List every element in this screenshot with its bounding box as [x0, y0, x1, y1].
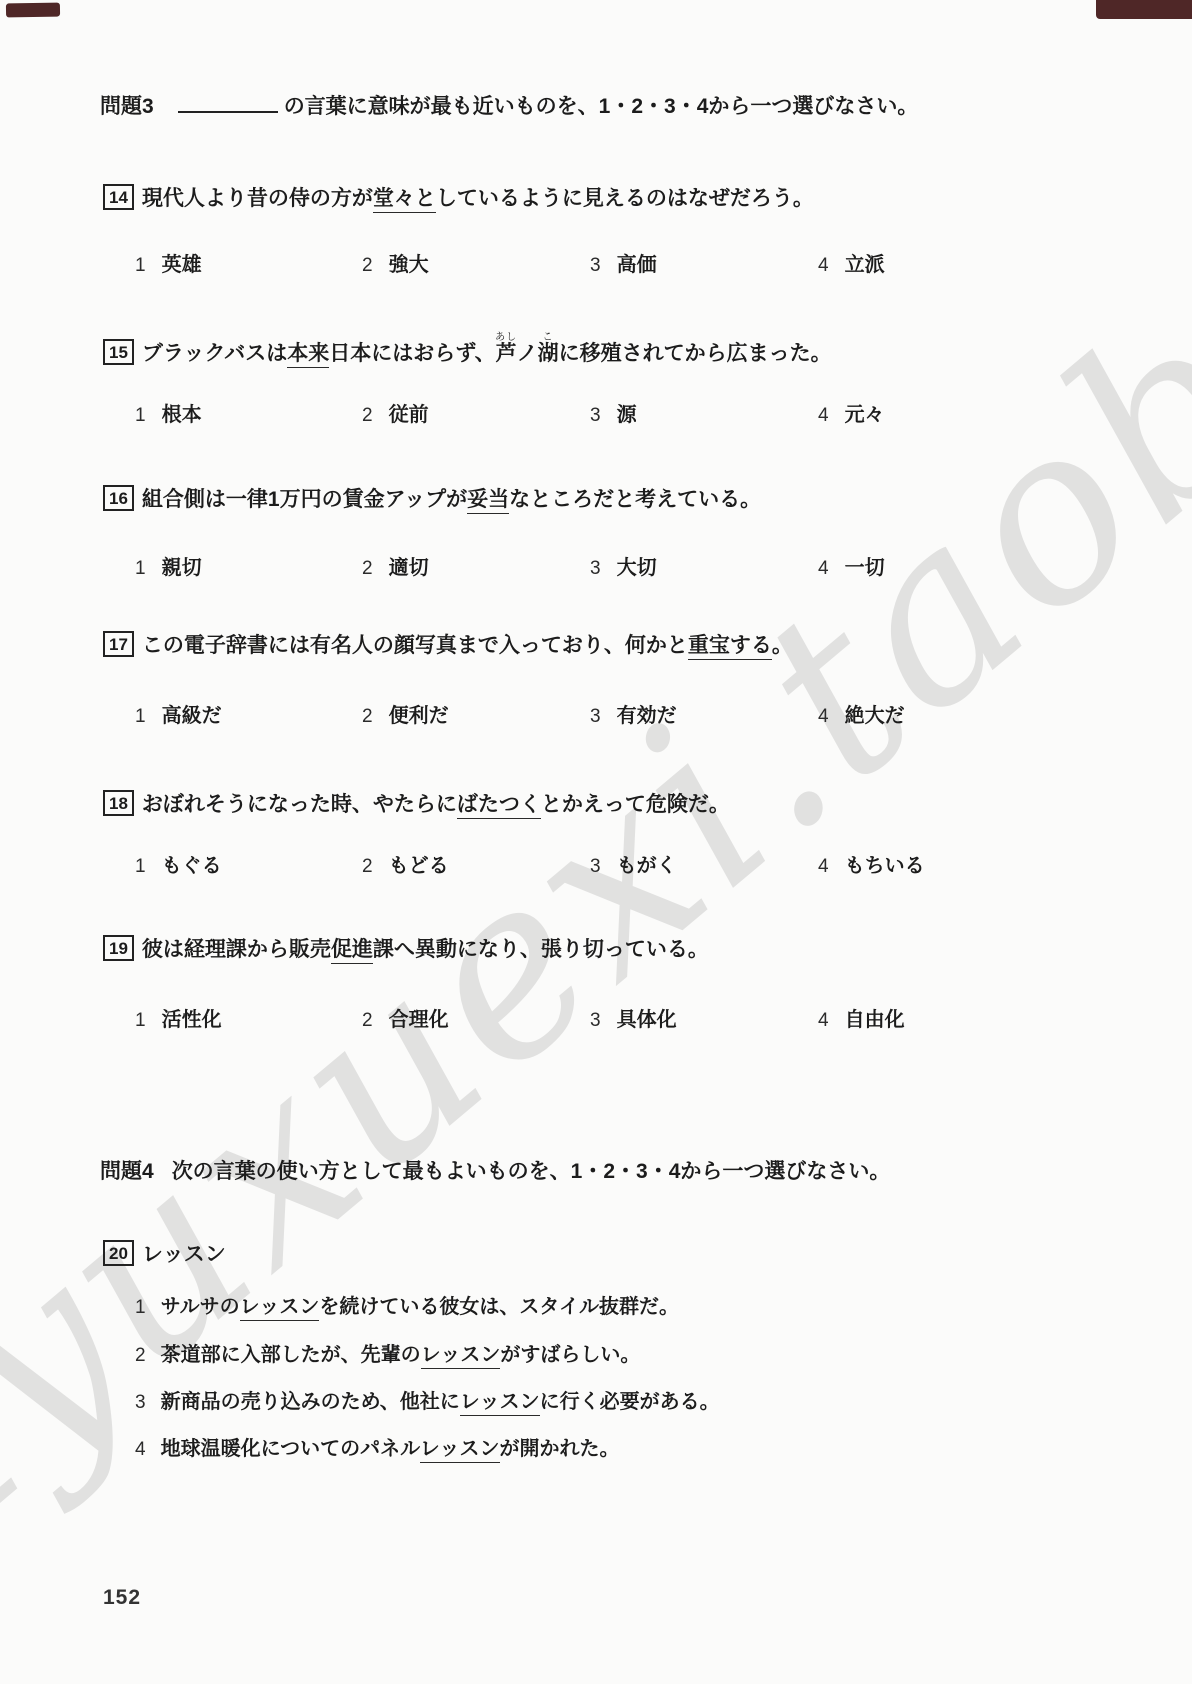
question-15-options: 1根本 2従前 3源 4元々 [135, 398, 1115, 427]
question-18: 18おぼれそうになった時、やたらにばたつくとかえって危険だ。 [103, 788, 730, 818]
sentence-post: が開かれた。 [500, 1438, 620, 1460]
option-14-3: 3高価 [590, 248, 818, 277]
question-18-options: 1もぐる 2もどる 3もがく 4もちいる [135, 849, 1115, 878]
underlined-word: 重宝する [688, 634, 772, 660]
question-14-options: 1英雄 2強大 3高価 4立派 [135, 248, 1115, 277]
sentence-post: 課へ異動になり、張り切っている。 [373, 938, 709, 961]
blank-line [178, 111, 278, 113]
option-label: もぐる [162, 855, 222, 877]
option-16-4: 4一切 [818, 551, 1115, 580]
sentence-mid: 日本にはおらず、 [329, 342, 495, 365]
option-number: 3 [590, 1010, 601, 1031]
question-15: 15ブラックバスは本来日本にはおらず、芦あしノ湖こに移殖されてから広まった。 [103, 332, 832, 367]
sentence-number: 4 [135, 1439, 146, 1460]
ruby-middle: ノ [517, 342, 538, 365]
option-label: 源 [617, 404, 637, 426]
question-16-sentence: 組合側は一律1万円の賃金アップが妥当なところだと考えている。 [142, 488, 761, 514]
option-label: 高価 [617, 254, 657, 276]
question-19-options: 1活性化 2合理化 3具体化 4自由化 [135, 1003, 1115, 1032]
option-number: 4 [818, 1010, 829, 1031]
sentence-post: に行く必要がある。 [540, 1391, 720, 1413]
option-number: 4 [818, 558, 829, 579]
option-label: 親切 [162, 557, 202, 579]
option-label: 適切 [389, 557, 429, 579]
option-14-2: 2強大 [362, 248, 590, 277]
option-17-4: 4絶大だ [818, 699, 1115, 728]
option-number: 2 [362, 856, 373, 877]
ruby-reading: こ [538, 332, 559, 343]
underlined-word: レッスン [240, 1296, 320, 1321]
section4-instruction: 次の言葉の使い方として最もよいものを、1・2・3・4から一つ選びなさい。 [172, 1160, 891, 1183]
option-label: 自由化 [845, 1009, 905, 1031]
ruby-reading: あし [495, 332, 517, 343]
option-number: 2 [362, 558, 373, 579]
option-label: もちいる [845, 855, 925, 877]
question-19-sentence: 彼は経理課から販売促進課へ異動になり、張り切っている。 [142, 938, 709, 964]
sentence-pre: 新商品の売り込みのため、他社に [161, 1391, 460, 1413]
test-page: riyuxuexi.taobao.com 問題3の言葉に意味が最も近いものを、1… [0, 0, 1192, 1684]
underlined-word: 堂々と [373, 187, 436, 213]
question-16: 16組合側は一律1万円の賃金アップが妥当なところだと考えている。 [103, 483, 761, 513]
sentence-pre: サルサの [161, 1296, 240, 1318]
option-number: 1 [135, 706, 146, 727]
sentence-post: とかえって危険だ。 [541, 793, 730, 816]
underlined-word: ばたつく [457, 793, 541, 819]
underlined-word: レッスン [460, 1391, 540, 1416]
option-number: 4 [818, 255, 829, 276]
option-label: 立派 [845, 254, 885, 276]
sentence-number: 2 [135, 1345, 146, 1366]
underlined-word: 妥当 [467, 488, 509, 514]
sentence-pre: おぼれそうになった時、やたらに [142, 793, 457, 816]
question-20: 20レッスン [103, 1238, 226, 1268]
option-19-1: 1活性化 [135, 1003, 362, 1032]
question-14: 14現代人より昔の侍の方が堂々としているように見えるのはなぜだろう。 [103, 182, 814, 212]
option-number: 3 [590, 558, 601, 579]
sentence-pre: 組合側は一律1万円の賃金アップが [142, 488, 467, 511]
option-19-2: 2合理化 [362, 1003, 590, 1032]
option-15-4: 4元々 [818, 398, 1115, 427]
option-number: 1 [135, 1010, 146, 1031]
option-label: 有効だ [617, 705, 677, 727]
question-20-sentence-1: 1サルサのレッスンを続けている彼女は、スタイル抜群だ。 [135, 1290, 679, 1319]
option-number: 2 [362, 405, 373, 426]
option-18-2: 2もどる [362, 849, 590, 878]
option-label: 高級だ [162, 705, 222, 727]
question-17-number-box: 17 [103, 631, 134, 657]
question-20-sentence-2: 2茶道部に入部したが、先輩のレッスンがすばらしい。 [135, 1338, 640, 1367]
option-18-1: 1もぐる [135, 849, 362, 878]
option-number: 4 [818, 856, 829, 877]
option-number: 1 [135, 856, 146, 877]
option-label: もがく [617, 855, 677, 877]
option-19-3: 3具体化 [590, 1003, 818, 1032]
option-number: 3 [590, 255, 601, 276]
option-label: 具体化 [617, 1009, 677, 1031]
question-19-number-box: 19 [103, 935, 134, 961]
sentence-post: なところだと考えている。 [509, 488, 761, 511]
option-number: 2 [362, 255, 373, 276]
ruby-ashi: 芦あし [496, 342, 517, 365]
option-label: 根本 [162, 404, 202, 426]
underlined-word: 本来 [287, 342, 329, 368]
section3-label: 問題3 [100, 95, 154, 118]
page-content: 問題3の言葉に意味が最も近いものを、1・2・3・4から一つ選びなさい。 14現代… [0, 0, 1192, 1684]
page-number: 152 [103, 1586, 141, 1610]
underlined-word: レッスン [421, 1344, 501, 1369]
option-label: 一切 [845, 557, 885, 579]
option-number: 3 [590, 706, 601, 727]
sentence-pre: この電子辞書には有名人の顔写真まで入っており、何かと [142, 634, 688, 657]
option-14-1: 1英雄 [135, 248, 362, 277]
option-label: 強大 [389, 254, 429, 276]
sentence-post: を続けている彼女は、スタイル抜群だ。 [319, 1296, 679, 1318]
option-number: 2 [362, 706, 373, 727]
sentence-number: 1 [135, 1297, 146, 1318]
sentence-pre: ブラックバスは [142, 342, 287, 365]
section3-instruction: の言葉に意味が最も近いものを、1・2・3・4から一つ選びなさい。 [284, 95, 919, 118]
question-20-sentence-4: 4地球温暖化についてのパネルレッスンが開かれた。 [135, 1432, 620, 1461]
question-17-options: 1高級だ 2便利だ 3有効だ 4絶大だ [135, 699, 1115, 728]
question-17-sentence: この電子辞書には有名人の顔写真まで入っており、何かと重宝する。 [142, 634, 793, 660]
option-15-1: 1根本 [135, 398, 362, 427]
question-16-options: 1親切 2適切 3大切 4一切 [135, 551, 1115, 580]
option-number: 3 [590, 405, 601, 426]
sentence-pre: 地球温暖化についてのパネル [161, 1438, 420, 1460]
option-label: 便利だ [389, 705, 449, 727]
option-label: 大切 [617, 557, 657, 579]
option-label: もどる [389, 855, 449, 877]
option-number: 1 [135, 405, 146, 426]
sentence-number: 3 [135, 1392, 146, 1413]
question-14-sentence: 現代人より昔の侍の方が堂々としているように見えるのはなぜだろう。 [142, 187, 814, 213]
option-number: 2 [362, 1010, 373, 1031]
option-14-4: 4立派 [818, 248, 1115, 277]
option-17-1: 1高級だ [135, 699, 362, 728]
option-number: 4 [818, 706, 829, 727]
sentence-post: に移殖されてから広まった。 [559, 342, 832, 365]
option-number: 3 [590, 856, 601, 877]
option-17-2: 2便利だ [362, 699, 590, 728]
option-16-3: 3大切 [590, 551, 818, 580]
question-18-number-box: 18 [103, 790, 134, 816]
option-label: 絶大だ [845, 705, 905, 727]
option-label: 合理化 [389, 1009, 449, 1031]
option-number: 1 [135, 255, 146, 276]
section3-header: 問題3の言葉に意味が最も近いものを、1・2・3・4から一つ選びなさい。 [100, 90, 918, 120]
sentence-post: 。 [772, 634, 793, 657]
ruby-base: 湖 [538, 342, 559, 365]
question-14-number-box: 14 [103, 184, 134, 210]
sentence-pre: 彼は経理課から販売 [142, 938, 331, 961]
section4-header: 問題4次の言葉の使い方として最もよいものを、1・2・3・4から一つ選びなさい。 [100, 1155, 890, 1185]
option-label: 活性化 [162, 1009, 222, 1031]
question-15-number-box: 15 [103, 339, 134, 365]
underlined-word: レッスン [420, 1438, 500, 1463]
option-15-3: 3源 [590, 398, 818, 427]
question-20-number-box: 20 [103, 1240, 134, 1266]
option-17-3: 3有効だ [590, 699, 818, 728]
question-20-word: レッスン [142, 1243, 226, 1266]
sentence-post: しているように見えるのはなぜだろう。 [436, 187, 814, 210]
option-19-4: 4自由化 [818, 1003, 1115, 1032]
section4-label: 問題4 [100, 1160, 154, 1183]
question-18-sentence: おぼれそうになった時、やたらにばたつくとかえって危険だ。 [142, 793, 730, 819]
option-18-4: 4もちいる [818, 849, 1115, 878]
option-15-2: 2従前 [362, 398, 590, 427]
question-20-sentence-3: 3新商品の売り込みのため、他社にレッスンに行く必要がある。 [135, 1385, 720, 1414]
sentence-pre: 現代人より昔の侍の方が [142, 187, 373, 210]
ruby-ko: 湖こ [538, 342, 559, 365]
sentence-post: がすばらしい。 [500, 1344, 640, 1366]
option-18-3: 3もがく [590, 849, 818, 878]
underlined-word: 促進 [331, 938, 373, 964]
question-15-sentence: ブラックバスは本来日本にはおらず、芦あしノ湖こに移殖されてから広まった。 [142, 342, 832, 368]
option-label: 元々 [845, 404, 885, 426]
option-16-1: 1親切 [135, 551, 362, 580]
sentence-pre: 茶道部に入部したが、先輩の [161, 1344, 421, 1366]
option-number: 1 [135, 558, 146, 579]
question-19: 19彼は経理課から販売促進課へ異動になり、張り切っている。 [103, 933, 709, 963]
option-number: 4 [818, 405, 829, 426]
ruby-base: 芦 [495, 342, 517, 365]
option-label: 英雄 [162, 254, 202, 276]
option-16-2: 2適切 [362, 551, 590, 580]
option-label: 従前 [389, 404, 429, 426]
question-16-number-box: 16 [103, 485, 134, 511]
question-17: 17この電子辞書には有名人の顔写真まで入っており、何かと重宝する。 [103, 629, 793, 659]
